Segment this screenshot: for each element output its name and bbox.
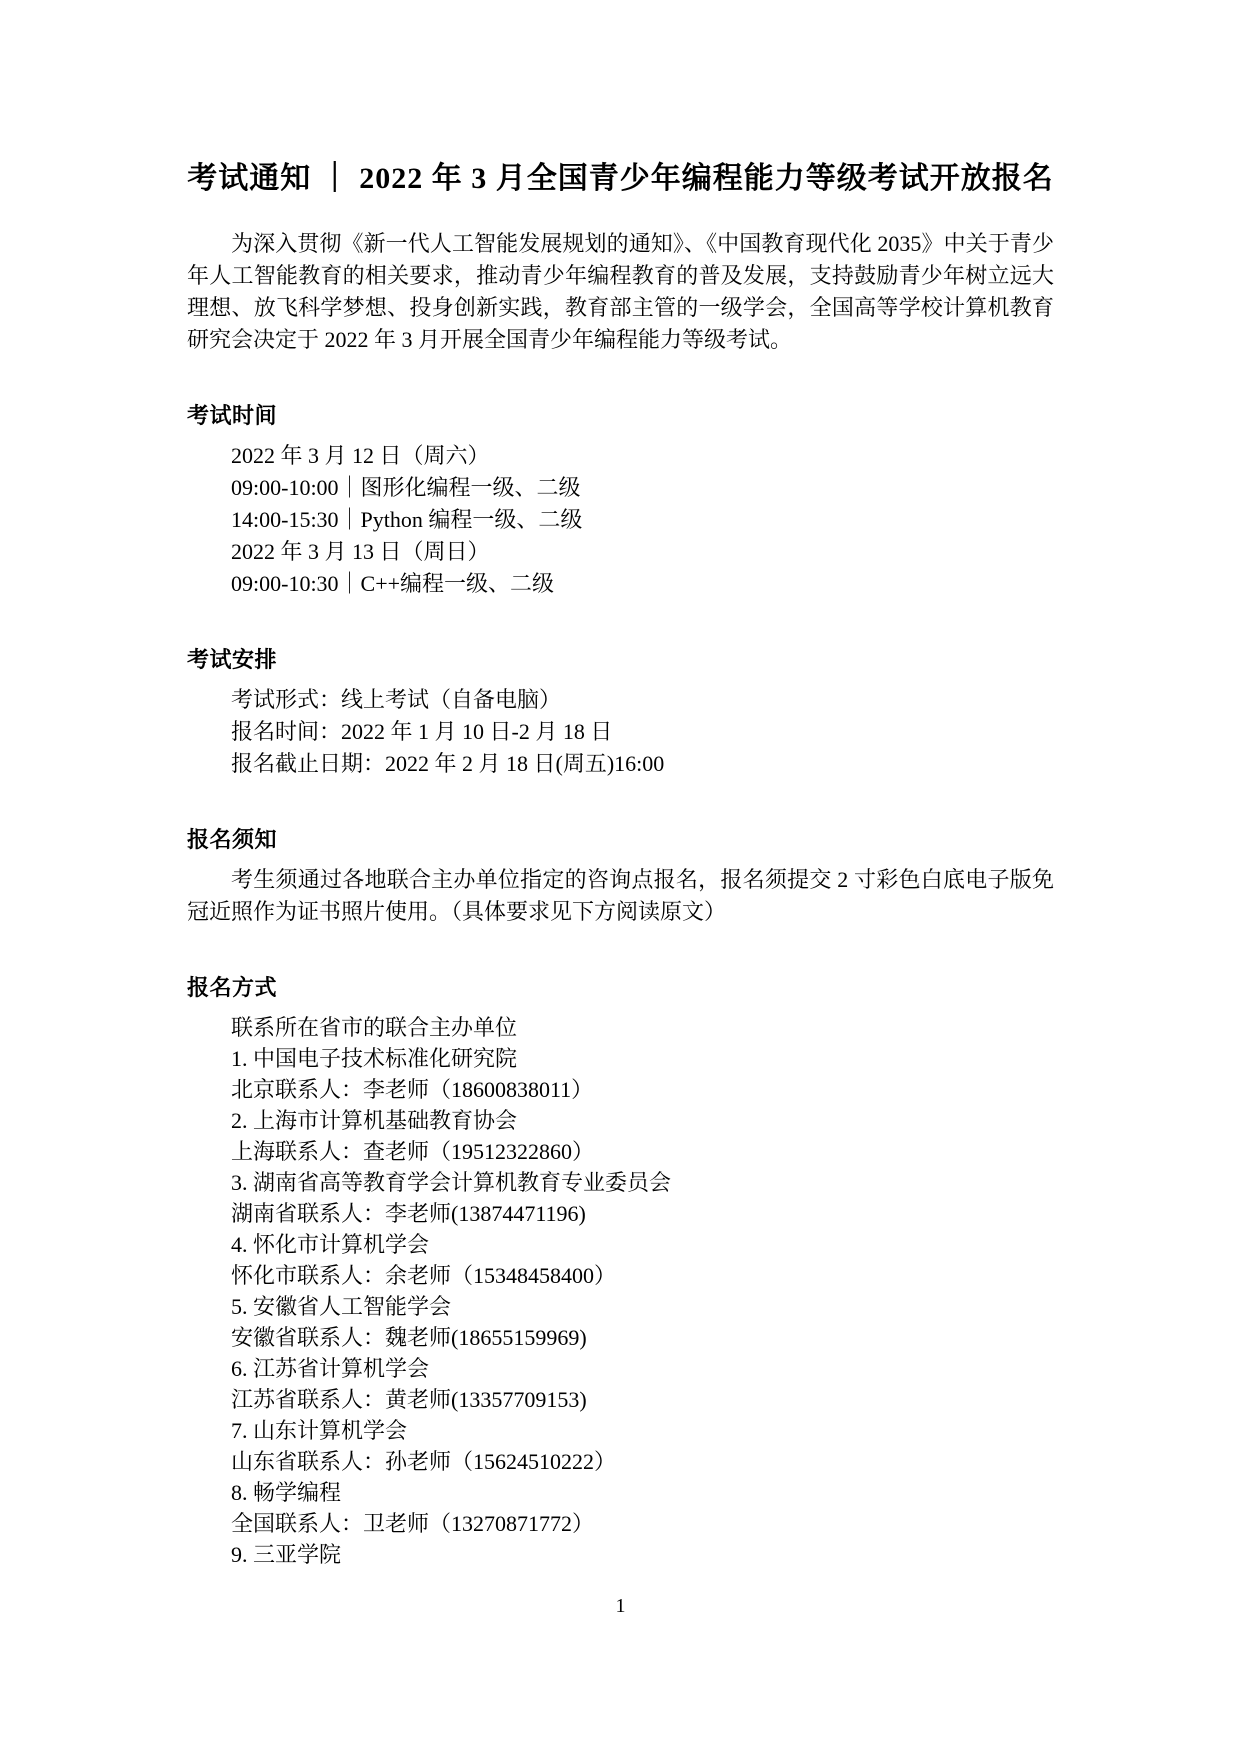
registration-method-line: 全国联系人：卫老师（13270871772） xyxy=(187,1508,1054,1539)
intro-paragraph: 为深入贯彻《新一代人工智能发展规划的通知》、《中国教育现代化 2035》中关于青… xyxy=(187,228,1054,356)
registration-method-line: 3. 湖南省高等教育学会计算机教育专业委员会 xyxy=(187,1167,1054,1198)
registration-method-line: 4. 怀化市计算机学会 xyxy=(187,1229,1054,1260)
registration-method-line: 5. 安徽省人工智能学会 xyxy=(187,1291,1054,1322)
registration-method-line: 9. 三亚学院 xyxy=(187,1539,1054,1570)
registration-method-line: 7. 山东计算机学会 xyxy=(187,1415,1054,1446)
document-content: 考试通知 ｜ 2022 年 3 月全国青少年编程能力等级考试开放报名 为深入贯彻… xyxy=(187,158,1054,1570)
section-heading-exam-arrangement: 考试安排 xyxy=(187,644,1054,676)
section-heading-exam-time: 考试时间 xyxy=(187,400,1054,432)
registration-method-line: 怀化市联系人：余老师（15348458400） xyxy=(187,1260,1054,1291)
registration-method-line: 北京联系人：李老师（18600838011） xyxy=(187,1074,1054,1105)
exam-time-line: 09:00-10:30｜C++编程一级、二级 xyxy=(187,568,1054,600)
section-heading-registration-method: 报名方式 xyxy=(187,972,1054,1004)
exam-arrangement-line: 报名截止日期：2022 年 2 月 18 日(周五)16:00 xyxy=(187,748,1054,780)
exam-time-line: 2022 年 3 月 12 日（周六） xyxy=(187,440,1054,472)
section-registration-method: 联系所在省市的联合主办单位 1. 中国电子技术标准化研究院 北京联系人：李老师（… xyxy=(187,1012,1054,1570)
registration-method-line: 山东省联系人：孙老师（15624510222） xyxy=(187,1446,1054,1477)
section-heading-registration-notice: 报名须知 xyxy=(187,824,1054,856)
registration-method-line: 1. 中国电子技术标准化研究院 xyxy=(187,1043,1054,1074)
document-page: 考试通知 ｜ 2022 年 3 月全国青少年编程能力等级考试开放报名 为深入贯彻… xyxy=(0,0,1241,1754)
registration-method-line: 湖南省联系人：李老师(13874471196) xyxy=(187,1198,1054,1229)
registration-method-line: 8. 畅学编程 xyxy=(187,1477,1054,1508)
registration-method-line: 江苏省联系人：黄老师(13357709153) xyxy=(187,1384,1054,1415)
exam-time-line: 2022 年 3 月 13 日（周日） xyxy=(187,536,1054,568)
registration-method-line: 6. 江苏省计算机学会 xyxy=(187,1353,1054,1384)
exam-arrangement-line: 考试形式：线上考试（自备电脑） xyxy=(187,684,1054,716)
registration-notice-paragraph: 考生须通过各地联合主办单位指定的咨询点报名，报名须提交 2 寸彩色白底电子版免冠… xyxy=(187,864,1054,928)
section-exam-arrangement: 考试形式：线上考试（自备电脑） 报名时间：2022 年 1 月 10 日-2 月… xyxy=(187,684,1054,780)
registration-method-line: 2. 上海市计算机基础教育协会 xyxy=(187,1105,1054,1136)
registration-method-line: 联系所在省市的联合主办单位 xyxy=(187,1012,1054,1043)
registration-method-line: 上海联系人：查老师（19512322860） xyxy=(187,1136,1054,1167)
exam-time-line: 09:00-10:00｜图形化编程一级、二级 xyxy=(187,472,1054,504)
document-title: 考试通知 ｜ 2022 年 3 月全国青少年编程能力等级考试开放报名 xyxy=(187,158,1054,200)
registration-method-line: 安徽省联系人：魏老师(18655159969) xyxy=(187,1322,1054,1353)
exam-arrangement-line: 报名时间：2022 年 1 月 10 日-2 月 18 日 xyxy=(187,716,1054,748)
section-exam-time: 2022 年 3 月 12 日（周六） 09:00-10:00｜图形化编程一级、… xyxy=(187,440,1054,600)
exam-time-line: 14:00-15:30｜Python 编程一级、二级 xyxy=(187,504,1054,536)
page-number: 1 xyxy=(0,1592,1241,1620)
